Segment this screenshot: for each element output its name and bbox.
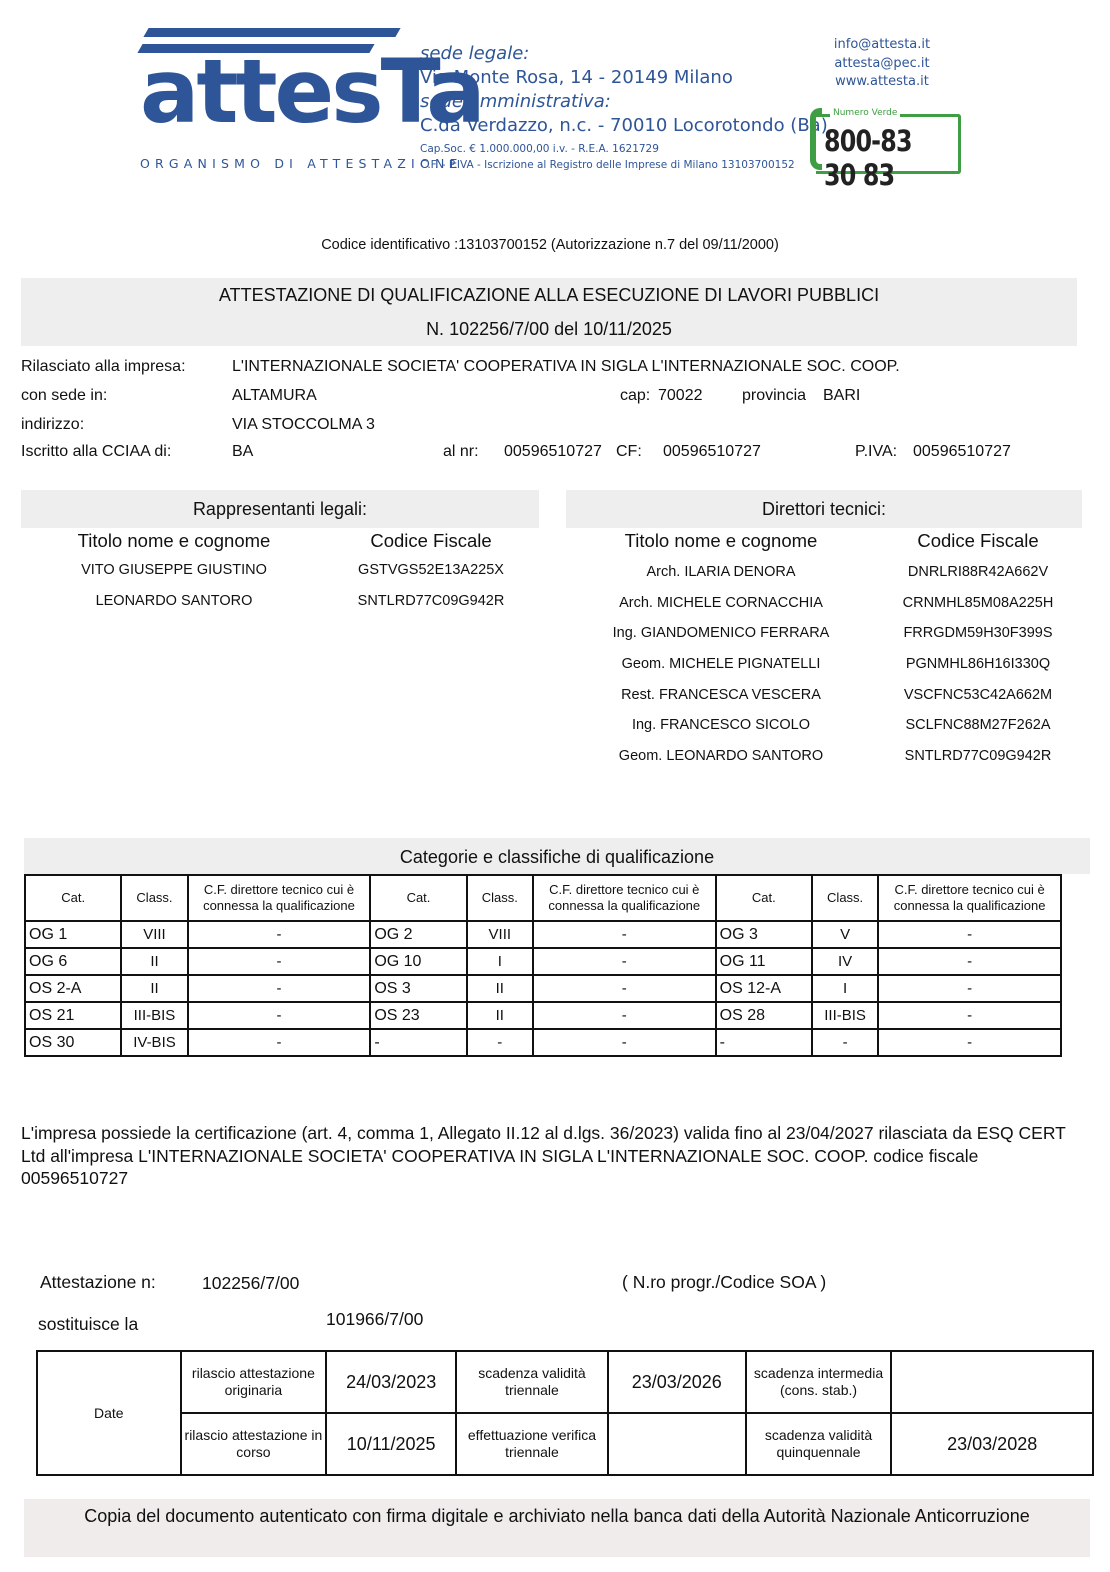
person-name: Arch. ILARIA DENORA	[566, 564, 876, 580]
contacts: info@attesta.it attesta@pec.it www.attes…	[826, 36, 938, 92]
sede-amm-label: sede amministrativa:	[420, 90, 828, 114]
table-row: OG 6II-OG 10I-OG 11IV-	[25, 948, 1061, 975]
cf-cell: -	[188, 921, 371, 948]
provincia-label: provincia	[742, 387, 806, 405]
col-cf-header: Codice Fiscale	[876, 530, 1080, 552]
category-cell: OG 3	[716, 921, 812, 948]
category-cell: OS 2-A	[25, 975, 121, 1002]
cciaa-label: Iscritto alla CCIAA di:	[21, 443, 171, 461]
person-cf: GSTVGS52E13A225X	[327, 562, 535, 578]
sostituisce-label: sostituisce la	[38, 1314, 138, 1335]
class-header: Class.	[467, 875, 533, 921]
nr-value: 00596510727	[504, 443, 602, 461]
direttori-title: Direttori tecnici:	[566, 490, 1082, 528]
person-row: VITO GIUSEPPE GIUSTINOGSTVGS52E13A225X	[21, 558, 539, 589]
cf-cell: -	[533, 1029, 716, 1056]
category-cell: OS 3	[370, 975, 466, 1002]
footer-note: Copia del documento autenticato con firm…	[24, 1499, 1090, 1557]
col-cf-header: Codice Fiscale	[327, 530, 535, 552]
piva-value: 00596510727	[913, 443, 1011, 461]
numero-verde-label: Numero Verde	[830, 108, 900, 118]
attestazione-label: Attestazione n:	[40, 1272, 156, 1293]
cciaa-value: BA	[232, 443, 253, 461]
cap-value: 70022	[658, 387, 703, 405]
codice-identificativo: Codice identificativo :13103700152 (Auto…	[0, 237, 1100, 253]
document-title: ATTESTAZIONE DI QUALIFICAZIONE ALLA ESEC…	[21, 278, 1077, 346]
class-cell: -	[467, 1029, 533, 1056]
direttori-tecnici: Direttori tecnici: Titolo nome e cognome…	[566, 490, 1082, 773]
cap-label: cap:	[620, 387, 650, 405]
cat-header: Cat.	[370, 875, 466, 921]
person-row: Arch. ILARIA DENORADNRLRI88R42A662V	[566, 558, 1082, 589]
cat-header: Cat.	[25, 875, 121, 921]
class-cell: II	[121, 948, 187, 975]
category-cell: OS 30	[25, 1029, 121, 1056]
rilasciato-value: L'INTERNAZIONALE SOCIETA' COOPERATIVA IN…	[232, 358, 900, 376]
col-name-header: Titolo nome e cognome	[21, 530, 327, 552]
person-cf: SNTLRD77C09G942R	[876, 748, 1080, 764]
cf-header: C.F. direttore tecnico cui è connessa la…	[878, 875, 1061, 921]
categorie-table: Cat.Class.C.F. direttore tecnico cui è c…	[24, 874, 1062, 1057]
category-cell: OS 28	[716, 1002, 812, 1029]
person-cf: PGNMHL86H16I330Q	[876, 656, 1080, 672]
attestazione-value: 102256/7/00	[202, 1273, 299, 1294]
logo-subtitle: ORGANISMO DI ATTESTAZIONE	[140, 156, 463, 171]
rilascio-originaria-value: 24/03/2023	[326, 1351, 456, 1413]
person-name: VITO GIUSEPPE GIUSTINO	[21, 562, 327, 578]
class-cell: VIII	[121, 921, 187, 948]
sede-label: con sede in:	[21, 387, 107, 405]
scadenza-intermedia-label: scadenza intermedia (cons. stab.)	[746, 1351, 892, 1413]
category-cell: OS 21	[25, 1002, 121, 1029]
person-cf: CRNMHL85M08A225H	[876, 595, 1080, 611]
rappresentanti-title: Rappresentanti legali:	[21, 490, 539, 528]
table-row: OS 30IV-BIS-------	[25, 1029, 1061, 1056]
title-line-1: ATTESTAZIONE DI QUALIFICAZIONE ALLA ESEC…	[21, 284, 1077, 306]
scadenza-triennale-value: 23/03/2026	[608, 1351, 746, 1413]
nr-label: al nr:	[443, 443, 479, 461]
cf-cell: -	[878, 1029, 1061, 1056]
cf-cell: -	[533, 975, 716, 1002]
cf-value: 00596510727	[663, 443, 761, 461]
cat-header: Cat.	[716, 875, 812, 921]
title-line-2: N. 102256/7/00 del 10/11/2025	[21, 318, 1077, 340]
class-cell: V	[812, 921, 878, 948]
piva-label: P.IVA:	[855, 443, 897, 461]
person-row: Ing. FRANCESCO SICOLOSCLFNC88M27F262A	[566, 711, 1082, 742]
person-name: Geom. LEONARDO SANTORO	[566, 748, 876, 764]
cf-cell: -	[533, 948, 716, 975]
class-cell: II	[467, 975, 533, 1002]
category-cell: OG 10	[370, 948, 466, 975]
sede-legale-label: sede legale:	[420, 42, 828, 66]
person-row: Geom. MICHELE PIGNATELLIPGNMHL86H16I330Q	[566, 650, 1082, 681]
person-row: Arch. MICHELE CORNACCHIACRNMHL85M08A225H	[566, 589, 1082, 620]
date-label: Date	[37, 1351, 181, 1475]
cf-cell: -	[878, 975, 1061, 1002]
person-name: LEONARDO SANTORO	[21, 593, 327, 609]
indirizzo-label: indirizzo:	[21, 416, 84, 434]
cap-soc: Cap.Soc. € 1.000.000,00 i.v. - R.E.A. 16…	[420, 141, 828, 157]
cf-cell: -	[878, 1002, 1061, 1029]
class-cell: I	[812, 975, 878, 1002]
cf-cell: -	[188, 948, 371, 975]
table-row: OG 1VIII-OG 2VIII-OG 3V-	[25, 921, 1061, 948]
scadenza-triennale-label: scadenza validità triennale	[456, 1351, 608, 1413]
person-name: Arch. MICHELE CORNACCHIA	[566, 595, 876, 611]
pec-link[interactable]: attesta@pec.it	[826, 55, 938, 74]
person-cf: VSCFNC53C42A662M	[876, 687, 1080, 703]
person-cf: SNTLRD77C09G942R	[327, 593, 535, 609]
cf-cell: -	[878, 921, 1061, 948]
category-cell: OG 2	[370, 921, 466, 948]
cf-cell: -	[188, 1029, 371, 1056]
person-name: Ing. GIANDOMENICO FERRARA	[566, 625, 876, 641]
cf-cell: -	[533, 1002, 716, 1029]
class-cell: IV-BIS	[121, 1029, 187, 1056]
rilascio-originaria-label: rilascio attestazione originaria	[181, 1351, 327, 1413]
scadenza-quinquennale-label: scadenza validità quinquennale	[746, 1413, 892, 1475]
class-cell: II	[467, 1002, 533, 1029]
attestazione-note: ( N.ro progr./Codice SOA )	[622, 1272, 826, 1293]
cf-cell: -	[188, 1002, 371, 1029]
category-cell: -	[716, 1029, 812, 1056]
person-name: Rest. FRANCESCA VESCERA	[566, 687, 876, 703]
rilasciato-label: Rilasciato alla impresa:	[21, 358, 186, 376]
category-cell: OS 23	[370, 1002, 466, 1029]
class-cell: III-BIS	[121, 1002, 187, 1029]
class-cell: VIII	[467, 921, 533, 948]
website-link[interactable]: www.attesta.it	[826, 73, 938, 92]
verifica-triennale-value	[608, 1413, 746, 1475]
categorie-title: Categorie e classifiche di qualificazion…	[24, 838, 1090, 874]
person-row: Rest. FRANCESCA VESCERAVSCFNC53C42A662M	[566, 681, 1082, 712]
numero-verde: 800-83 30 83	[824, 124, 936, 192]
class-header: Class.	[812, 875, 878, 921]
indirizzo-value: VIA STOCCOLMA 3	[232, 416, 375, 434]
class-header: Class.	[121, 875, 187, 921]
category-cell: OG 1	[25, 921, 121, 948]
category-cell: OG 6	[25, 948, 121, 975]
scadenza-quinquennale-value: 23/03/2028	[891, 1413, 1093, 1475]
class-cell: II	[121, 975, 187, 1002]
provincia-value: BARI	[823, 387, 860, 405]
date-table: Date rilascio attestazione originaria 24…	[36, 1350, 1094, 1476]
class-cell: I	[467, 948, 533, 975]
cf-header: C.F. direttore tecnico cui è connessa la…	[533, 875, 716, 921]
company-address: sede legale: Via Monte Rosa, 14 - 20149 …	[420, 42, 828, 173]
class-cell: IV	[812, 948, 878, 975]
sede-amm: C.da Verdazzo, n.c. - 70010 Locorotondo …	[420, 114, 828, 138]
class-cell: -	[812, 1029, 878, 1056]
rappresentanti-legali: Rappresentanti legali: Titolo nome e cog…	[21, 490, 539, 620]
class-cell: III-BIS	[812, 1002, 878, 1029]
scadenza-intermedia-value	[891, 1351, 1093, 1413]
sede-legale: Via Monte Rosa, 14 - 20149 Milano	[420, 66, 828, 90]
cf-cell: -	[878, 948, 1061, 975]
person-row: LEONARDO SANTOROSNTLRD77C09G942R	[21, 589, 539, 620]
rilascio-corso-label: rilascio attestazione in corso	[181, 1413, 327, 1475]
person-name: Geom. MICHELE PIGNATELLI	[566, 656, 876, 672]
certificazione-text: L'impresa possiede la certificazione (ar…	[21, 1122, 1081, 1190]
category-cell: OS 12-A	[716, 975, 812, 1002]
person-row: Ing. GIANDOMENICO FERRARAFRRGDM59H30F399…	[566, 619, 1082, 650]
table-row: OS 21III-BIS-OS 23II-OS 28III-BIS-	[25, 1002, 1061, 1029]
numero-verde-badge: Numero Verde 800-83 30 83	[810, 108, 960, 170]
cf-cell: -	[533, 921, 716, 948]
person-cf: FRRGDM59H30F399S	[876, 625, 1080, 641]
phone-handset-icon	[810, 108, 822, 170]
rilascio-corso-value: 10/11/2025	[326, 1413, 456, 1475]
logo-bar-top	[143, 28, 400, 37]
col-name-header: Titolo nome e cognome	[566, 530, 876, 552]
cf-label: CF:	[616, 443, 642, 461]
category-cell: OG 11	[716, 948, 812, 975]
verifica-triennale-label: effettuazione verifica triennale	[456, 1413, 608, 1475]
sostituisce-value: 101966/7/00	[326, 1309, 423, 1330]
person-row: Geom. LEONARDO SANTOROSNTLRD77C09G942R	[566, 742, 1082, 773]
cf-piva: C.F. - P.IVA - Iscrizione al Registro de…	[420, 157, 828, 173]
cf-header: C.F. direttore tecnico cui è connessa la…	[188, 875, 371, 921]
table-row: OS 2-AII-OS 3II-OS 12-AI-	[25, 975, 1061, 1002]
email-link[interactable]: info@attesta.it	[826, 36, 938, 55]
person-name: Ing. FRANCESCO SICOLO	[566, 717, 876, 733]
cf-cell: -	[188, 975, 371, 1002]
person-cf: DNRLRI88R42A662V	[876, 564, 1080, 580]
category-cell: -	[370, 1029, 466, 1056]
person-cf: SCLFNC88M27F262A	[876, 717, 1080, 733]
sede-value: ALTAMURA	[232, 387, 317, 405]
